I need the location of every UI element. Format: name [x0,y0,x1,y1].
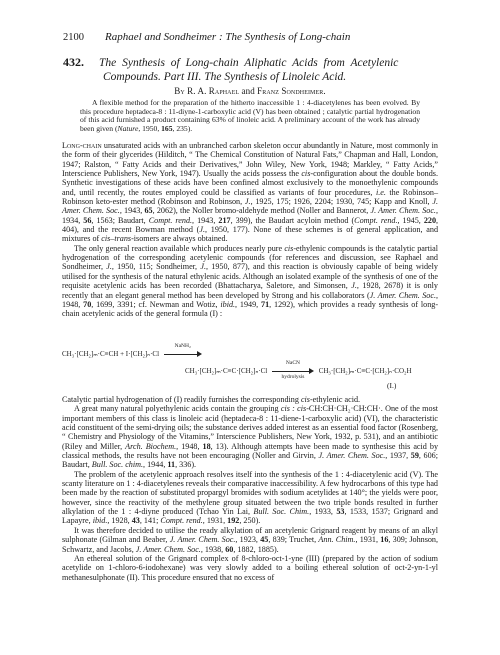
byline: By R. A. Raphael and Franz Sondheimer. [0,86,500,96]
text: , 1945, [398,216,424,225]
product: CH₃·[CH₂]ₘ·C≡C·[CH₂]ₙ·CO₂H [319,367,412,375]
text: , 250). [239,516,260,525]
journal-name: Compt. rend. [149,216,192,225]
abstract-paragraph: A flexible method for the preparation of… [80,99,420,133]
body-text: Long-chain unsaturated acids with an unb… [62,141,438,319]
italic-term: i.e. [376,188,386,197]
journal-name: Compt. rend. [160,516,202,525]
italic-term: cis [301,395,310,404]
intermediate: CH₃·[CH₂]ₘ·C≡C·[CH₂]ₙ·Cl [185,367,267,375]
italic-term: cis : cis [281,404,306,413]
equation-line-1: CH₃·[CH₂]ₘ·C≡CH + I·[CH₂]ₙ·Cl NaNH₂ [62,350,205,358]
journal-name: J. Amer. Chem. Soc. [370,206,435,215]
paragraph-1: Long-chain unsaturated acids with an unb… [62,141,438,244]
journal-name: J. Amer. Chem. Soc. [170,535,236,544]
text: , 1937, [385,451,411,460]
equation-label: (I.) [387,381,396,390]
abstract-text: , 1950, [138,124,161,133]
text: , 1950, 115; Sondheimer, [112,262,200,271]
reactants: CH₃·[CH₂]ₘ·C≡CH + I·[CH₂]ₙ·Cl [62,350,159,358]
body-text-continued: Catalytic partial hydrogenation of (I) r… [62,395,438,582]
byline-prefix: By [174,86,185,96]
reaction-arrow-icon: NaCNhydrolysis [272,368,314,374]
text: , 1944, [143,460,167,469]
volume-number: 217 [218,216,230,225]
text: , 1563; Baudart, [91,216,148,225]
paragraph-2: The only general reaction available whic… [62,244,438,319]
italic-term: cis–trans [101,234,131,243]
text: -ethylenic acid. [310,395,360,404]
byline-and: and [242,86,255,96]
equation-line-2: CH₃·[CH₂]ₘ·C≡C·[CH₂]ₙ·Cl NaCNhydrolysis … [185,367,412,375]
text: , 839; Truchet, [268,535,318,544]
volume-number: 165 [161,124,172,133]
volume-number: 43 [132,516,140,525]
running-title: Raphael and Sondheimer : The Synthesis o… [105,31,350,43]
volume-number: 71 [261,300,269,309]
text: Catalytic partial hydrogenation of (I) r… [62,395,301,404]
volume-number: 220 [424,216,436,225]
text: , 141; [140,516,161,525]
journal-name: J. Amer. Chem. Soc. [370,291,436,300]
paragraph-5: The problem of the acetylenic approach r… [62,470,438,526]
abstract-text: , 235). [173,124,193,133]
italic-term: cis [301,169,310,178]
text: , 1943, [120,206,145,215]
paragraph-6: It was therefore decided to utilise the … [62,526,438,554]
reagent-label: hydrolysis [272,374,314,380]
paragraph-7: An ethereal solution of the Grignard com… [62,554,438,582]
paragraph-4: A great many natural polyethylenic acids… [62,404,438,469]
volume-number: 192 [227,516,239,525]
author-2: Franz Sondheimer. [257,86,326,96]
title-line-2: Compounds. Part III. The Synthesis of Li… [63,71,437,85]
text: , 1923, [235,535,260,544]
running-head: 2100Raphael and Sondheimer : The Synthes… [63,31,350,43]
text: , 1949, [235,300,261,309]
page-number: 2100 [63,32,105,43]
volume-number: 59 [411,451,419,460]
text: , 1938, [201,545,225,554]
reaction-arrow-icon: NaNH₂ [164,351,202,357]
italic-term: ibid. [93,516,108,525]
reagent-label: NaCN [272,360,314,366]
text: -isomers are always obtained. [131,234,228,243]
volume-number: 18 [203,442,211,451]
article-title: 432.The Synthesis of Long-chain Aliphati… [63,56,437,84]
volume-number: 11 [167,460,175,469]
journal-name: Ann. Chim. [318,535,355,544]
text: The only general reaction available whic… [74,244,284,253]
text: , 1925, 175; 1926, 2204; 1930, 745; Kapp… [251,197,433,206]
italic-term: ibid. [220,300,235,309]
italic-term: cis [284,244,293,253]
text: An ethereal solution of the Grignard com… [62,554,438,582]
text: , 1933, [309,507,336,516]
text: , 399), the Baudart acyloin method ( [231,216,355,225]
text: , 1943, [192,216,218,225]
title-line-1: The Synthesis of Long-chain Aliphatic Ac… [99,57,398,69]
journal-name: J. Amer. Chem. Soc. [319,451,386,460]
author-1: R. A. Raphael [187,86,239,96]
journal-name: Nature [118,124,139,133]
journal-name: Bull. Soc. chim. [92,460,143,469]
journal-name: Arch. Biochem. [125,442,176,451]
text: , 1948, [176,442,202,451]
text: , 1882, 1885). [233,545,278,554]
text: A great many natural polyethylenic acids… [74,404,281,413]
text: , 1928, [107,516,131,525]
lead-in: Long-chain [62,141,102,150]
volume-number: 65 [144,206,152,215]
article-number: 432. [63,56,99,70]
journal-name: J. Amer. Chem. Soc. [136,545,201,554]
journal-page: 2100Raphael and Sondheimer : The Synthes… [0,0,500,655]
text: , 1931, [203,516,227,525]
reagent-label: NaNH₂ [164,343,202,349]
text: , 1931, [355,535,380,544]
journal-name: Bull. Soc. Chim. [253,507,309,516]
text: , 336). [175,460,196,469]
journal-name: Compt. rend. [354,216,397,225]
text: , 2062), the Noller bromo-aldehyde metho… [153,206,371,215]
paragraph-3: Catalytic partial hydrogenation of (I) r… [62,395,438,404]
text: , 1699, 3391; cf. Newman and Wotiz, [91,300,220,309]
abstract: A flexible method for the preparation of… [80,99,420,133]
